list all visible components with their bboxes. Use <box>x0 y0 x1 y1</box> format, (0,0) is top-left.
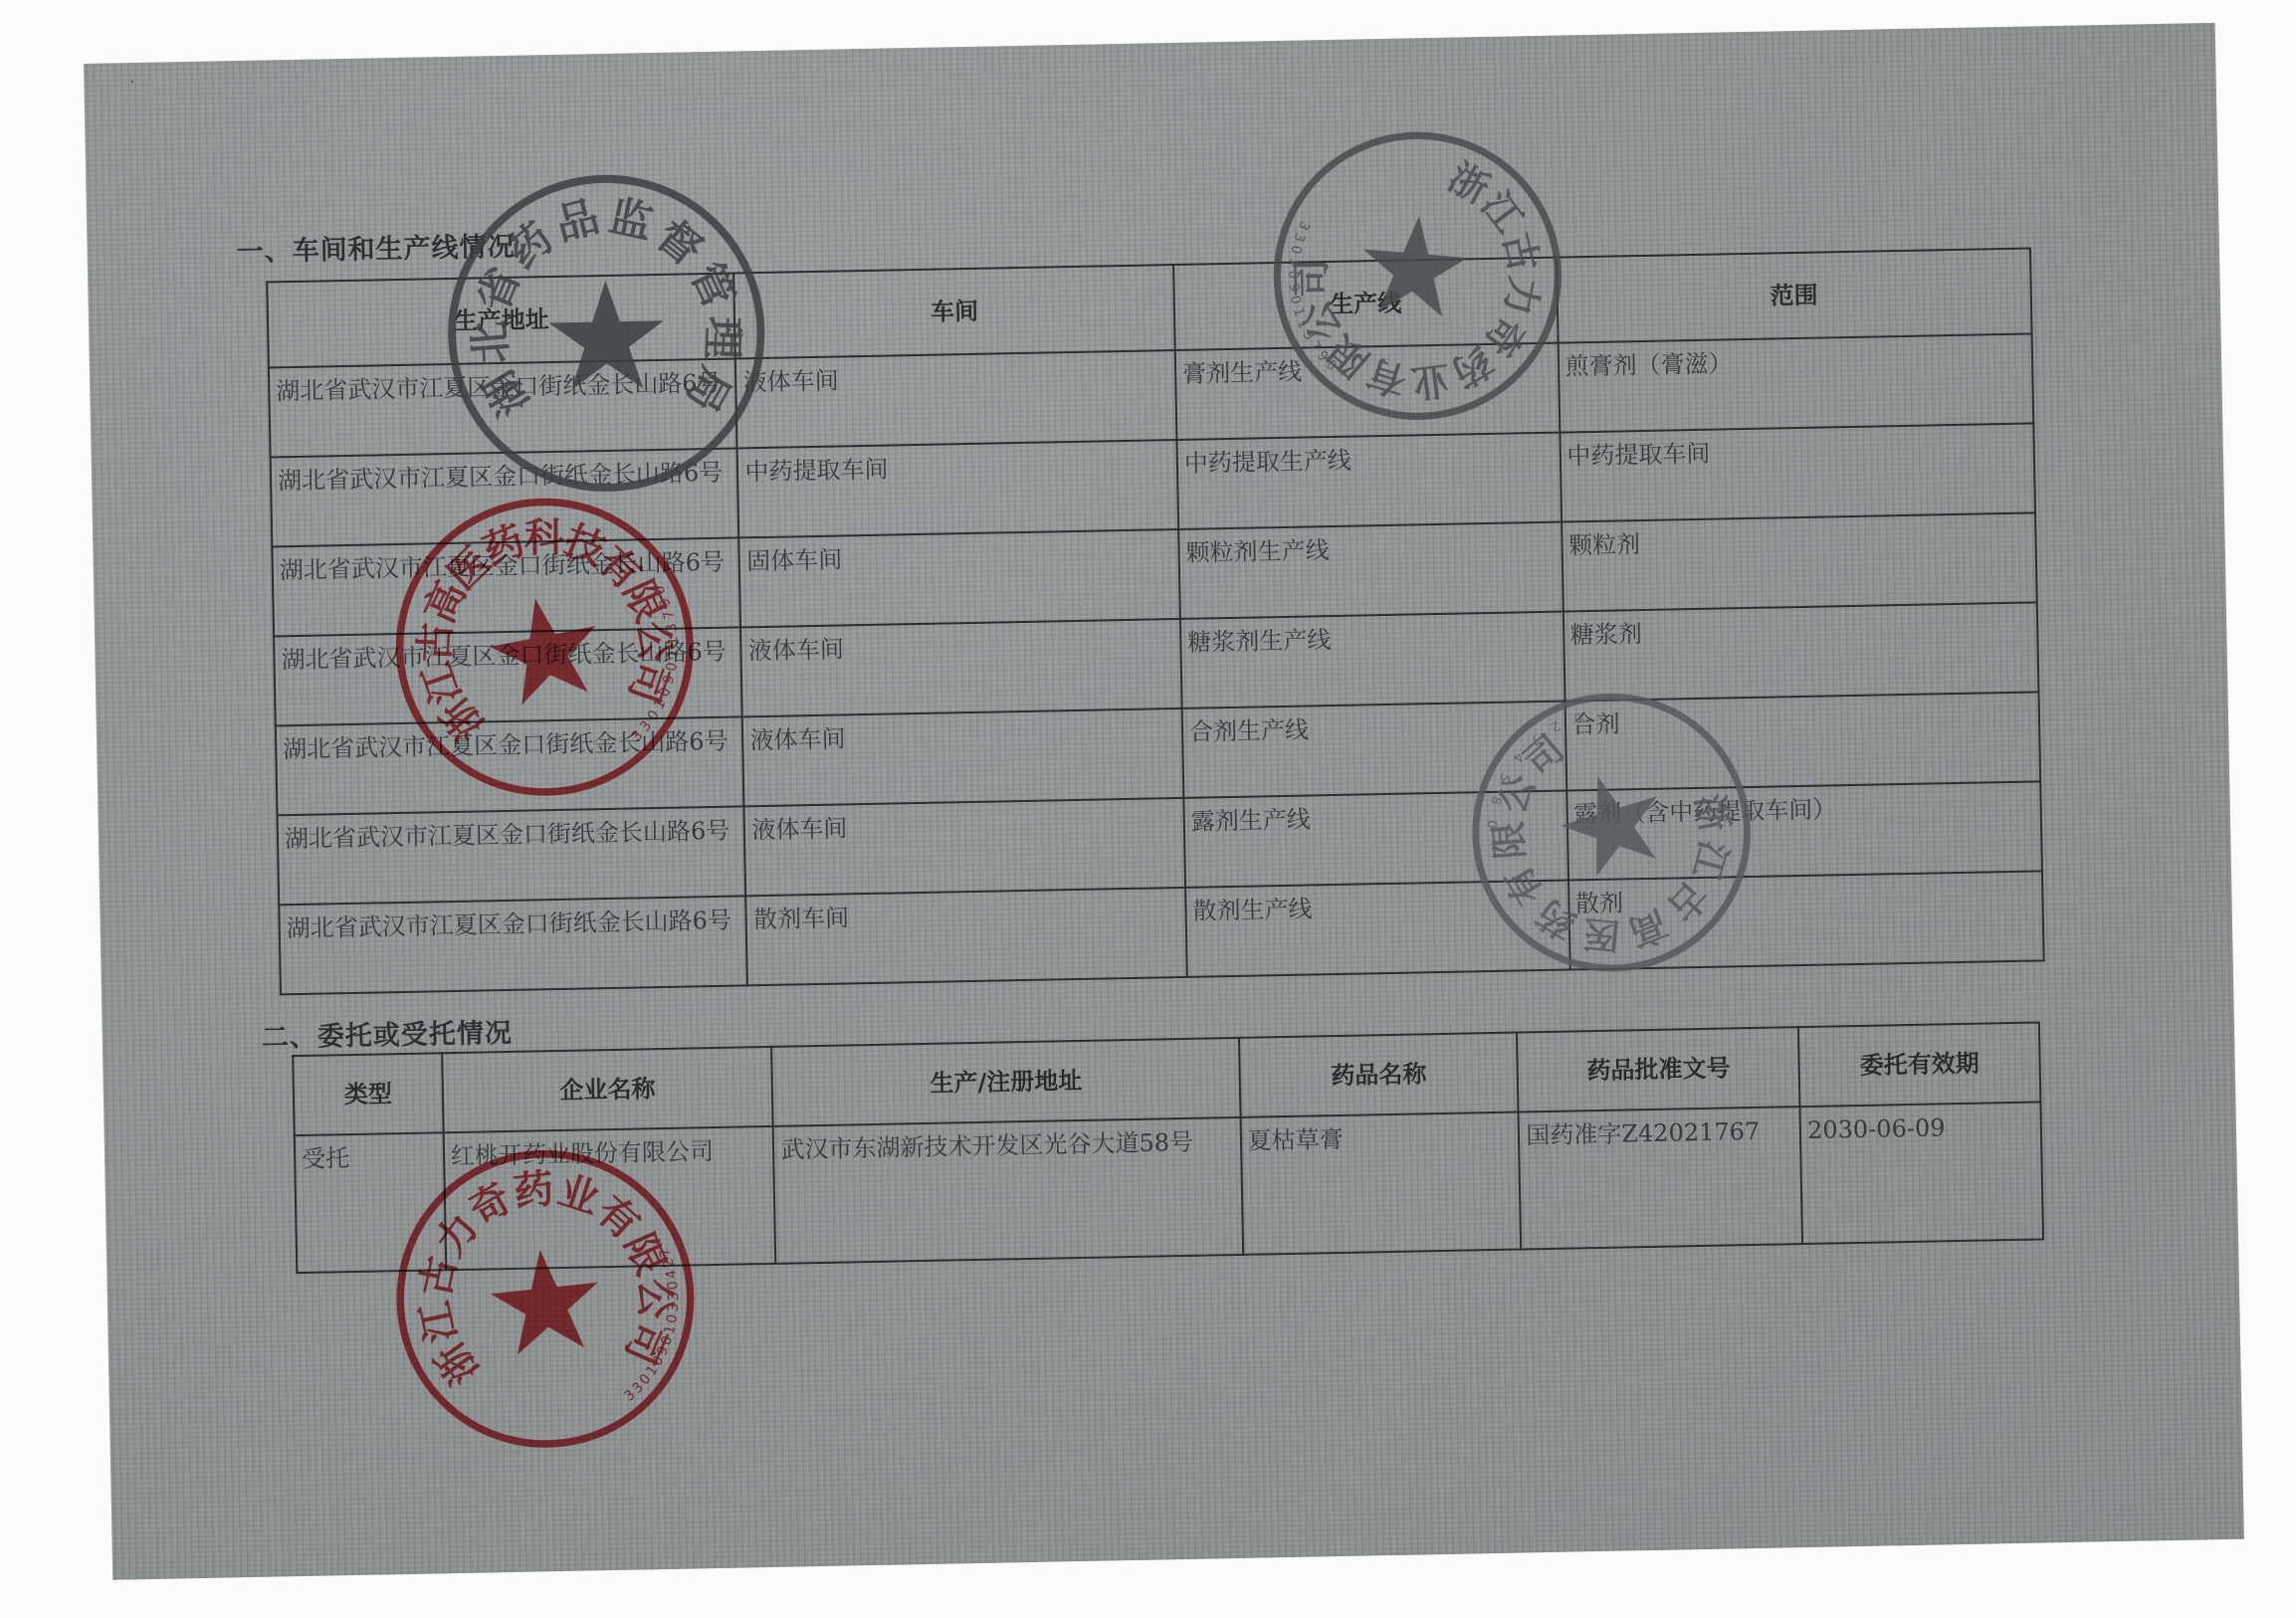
cell-production-line: 散剂生产线 <box>1185 881 1569 977</box>
cell-company: 红桃开药业股份有限公司 <box>444 1126 776 1270</box>
svg-text:浙: 浙 <box>1440 154 1496 213</box>
cell-workshop: 固体车间 <box>739 529 1180 627</box>
cell-scope: 散剂 <box>1568 871 2044 969</box>
svg-text:0: 0 <box>658 1333 676 1347</box>
header-address: 生产/注册地址 <box>771 1038 1240 1126</box>
cell-workshop: 散剂车间 <box>746 888 1187 985</box>
svg-text:3: 3 <box>666 1303 683 1313</box>
section-2-title: 二、委托或受托情况 <box>261 1011 513 1055</box>
svg-text:1: 1 <box>643 1362 661 1378</box>
svg-text:督: 督 <box>647 211 712 277</box>
cell-scope: 中药提取车间 <box>1560 423 2035 521</box>
workshop-production-line-table: 生产地址 车间 生产线 范围 湖北省武汉市江夏区金口街纸金长山路6号液体车间膏剂… <box>266 247 2044 995</box>
header-type: 类型 <box>293 1053 443 1135</box>
cell-scope: 颗粒剂 <box>1562 512 2037 611</box>
svg-text:0: 0 <box>1287 244 1304 256</box>
svg-text:监: 监 <box>605 191 658 249</box>
header-drug-name: 药品名称 <box>1239 1033 1519 1117</box>
cell-approval-number: 国药准字Z42021767 <box>1519 1107 1802 1249</box>
section-1-title: 一、车间和生产线情况 <box>236 225 516 269</box>
svg-text:3: 3 <box>1295 218 1313 232</box>
svg-text:0: 0 <box>664 1314 681 1324</box>
svg-text:江: 江 <box>410 1297 466 1346</box>
svg-text:4: 4 <box>663 1268 680 1280</box>
svg-text:公: 公 <box>631 1279 679 1319</box>
cell-address: 湖北省武汉市江夏区金口街纸金长山路6号 <box>272 537 740 636</box>
scan-speck: · <box>129 72 135 93</box>
cell-address: 湖北省武汉市江夏区金口街纸金长山路6号 <box>276 716 744 815</box>
cell-drug-name: 夏枯草膏 <box>1240 1112 1521 1255</box>
svg-text:0: 0 <box>665 1280 682 1291</box>
cell-address: 湖北省武汉市江夏区金口街纸金长山路6号 <box>271 448 739 546</box>
header-production-line: 生产线 <box>1173 258 1558 350</box>
svg-text:3: 3 <box>1291 231 1309 244</box>
svg-text:司: 司 <box>615 1315 675 1371</box>
svg-text:浙: 浙 <box>426 1333 489 1394</box>
svg-text:1: 1 <box>662 1323 680 1335</box>
header-valid-until: 委托有效期 <box>1798 1022 2040 1107</box>
svg-text:0: 0 <box>637 1371 655 1388</box>
cell-workshop: 液体车间 <box>742 708 1183 806</box>
cell-production-line: 颗粒剂生产线 <box>1178 522 1563 619</box>
cell-workshop: 液体车间 <box>740 619 1181 716</box>
cell-workshop: 液体车间 <box>744 798 1185 896</box>
cell-address: 武汉市东湖新技术开发区光谷大道58号 <box>773 1117 1243 1264</box>
header-scope: 范围 <box>1557 248 2032 342</box>
cell-address: 湖北省武汉市江夏区金口街纸金长山路6号 <box>269 358 737 457</box>
cell-production-line: 中药提取生产线 <box>1176 433 1561 529</box>
entrustment-table: 类型 企业名称 生产/注册地址 药品名称 药品批准文号 委托有效期 受托 红桃开… <box>292 1021 2044 1274</box>
cell-type: 受托 <box>295 1132 446 1273</box>
cell-scope: 煎膏剂（膏滋） <box>1558 333 2033 432</box>
cell-valid-until: 2030-06-09 <box>1800 1102 2043 1244</box>
svg-text:0: 0 <box>649 1353 667 1369</box>
cell-production-line: 露剂生产线 <box>1183 791 1567 888</box>
header-approval-number: 药品批准文号 <box>1517 1027 1799 1112</box>
svg-text:江: 江 <box>1472 183 1532 242</box>
cell-address: 湖北省武汉市江夏区金口街纸金长山路6号 <box>279 896 747 994</box>
header-address: 生产地址 <box>267 273 735 367</box>
cell-production-line: 膏剂生产线 <box>1175 343 1560 440</box>
cell-production-line: 糖浆剂生产线 <box>1180 612 1565 708</box>
svg-text:9: 9 <box>654 1343 672 1358</box>
cell-scope: 露剂（含中药提取车间） <box>1566 781 2042 880</box>
cell-workshop: 液体车间 <box>735 350 1176 448</box>
cell-scope: 糖浆剂 <box>1563 602 2038 701</box>
cell-workshop: 中药提取车间 <box>737 440 1178 537</box>
svg-text:3: 3 <box>629 1379 647 1396</box>
svg-text:3: 3 <box>666 1292 682 1301</box>
header-workshop: 车间 <box>734 265 1175 358</box>
cell-production-line: 合剂生产线 <box>1182 702 1566 798</box>
cell-address: 湖北省武汉市江夏区金口街纸金长山路6号 <box>274 627 742 725</box>
header-company: 企业名称 <box>442 1047 773 1132</box>
svg-text:品: 品 <box>550 192 604 251</box>
cell-address: 湖北省武汉市江夏区金口街纸金长山路6号 <box>278 806 746 905</box>
svg-text:3: 3 <box>621 1387 638 1405</box>
scanned-page: 一、车间和生产线情况 生产地址 车间 生产线 范围 湖北省武汉市江夏区金口街纸金… <box>84 23 2244 1580</box>
cell-scope: 合剂 <box>1565 692 2040 790</box>
